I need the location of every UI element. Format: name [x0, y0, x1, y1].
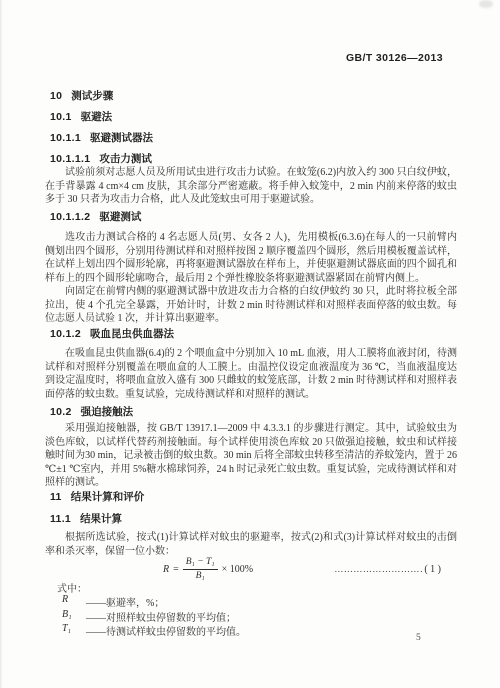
heading-title: 强迫接触法	[81, 406, 134, 418]
fraction-denominator: B₁	[196, 570, 205, 582]
symbol: R	[62, 594, 86, 609]
paragraph-forced-contact: 采用强迫接触器，按 GB/T 13917.1—2009 中 4.3.3.1 的步…	[45, 422, 457, 490]
equation-1: R = B₁ − T₁ B₁ × 100% ……………………………… ( 1 )	[45, 556, 457, 582]
heading-11-1: 11.1结果计算	[50, 513, 455, 525]
heading-title: 攻击力测试	[99, 153, 152, 165]
equation-number: ( 1 )	[424, 564, 441, 575]
paragraph-calc-intro: 根据所选试验，按式(1)计算试样对蚊虫的驱避率，按式(2)和式(3)计算试样对蚊…	[45, 531, 457, 558]
heading-10-1-1: 10.1.1驱避测试器法	[50, 132, 455, 144]
heading-number: 10.1.1	[50, 132, 81, 144]
heading-title: 结果计算	[80, 513, 122, 525]
heading-number: 10.1.1.2	[50, 211, 90, 223]
equals-sign: =	[173, 564, 179, 575]
dot-leader: ………………………………	[334, 564, 422, 574]
where-label: 式中：	[57, 580, 87, 595]
heading-11: 11结果计算和评价	[50, 491, 455, 503]
symbol-description: ——驱避率，%；	[86, 594, 164, 609]
paragraph-blood-feeder: 在吸血昆虫供血器(6.4)的 2 个喂血盒中分别加入 10 mL 血液，用人工膜…	[45, 347, 457, 401]
fraction: B₁ − T₁ B₁	[183, 557, 218, 582]
paragraph-repel-test-2: 向固定在前臂内侧的驱避测试器中放进攻击力合格的白纹伊蚊约 30 只，此时将拉板全…	[45, 285, 457, 326]
formula-multiplier: × 100%	[222, 564, 253, 575]
definition-row-T1: T₁ ——待测试样蚊虫停留数的平均值。	[62, 623, 455, 638]
heading-number: 10.2	[50, 406, 72, 418]
fraction-numerator: B₁ − T₁	[183, 557, 218, 570]
heading-number: 11	[50, 491, 62, 503]
symbol: B₁	[62, 609, 86, 624]
formula-lhs: R	[163, 564, 169, 575]
paragraph-repel-test-1: 选攻击力测试合格的 4 名志愿人员(男、女各 2 人)，先用模板(6.3.6)在…	[45, 231, 457, 285]
heading-10-1-2: 10.1.2吸血昆虫供血器法	[50, 328, 455, 340]
heading-10: 10测试步骤	[50, 90, 455, 102]
heading-10-1-1-1: 10.1.1.1攻击力测试	[50, 153, 455, 165]
heading-title: 驱避法	[81, 111, 113, 123]
heading-number: 10	[50, 90, 62, 102]
heading-title: 测试步骤	[71, 90, 113, 102]
heading-10-2: 10.2强迫接触法	[50, 406, 455, 418]
scan-smudge	[479, 0, 493, 8]
standard-code: GB/T 30126—2013	[346, 52, 443, 64]
symbol-description: ——对照样蚊虫停留数的平均值；	[86, 609, 236, 624]
symbol-description: ——待测试样蚊虫停留数的平均值。	[86, 623, 246, 638]
definition-row-R: R ——驱避率，%；	[62, 594, 455, 609]
heading-title: 吸血昆虫供血器法	[90, 328, 174, 340]
heading-title: 驱避测试器法	[90, 132, 153, 144]
heading-number: 10.1.1.1	[50, 153, 90, 165]
heading-number: 11.1	[50, 513, 71, 525]
heading-10-1: 10.1驱避法	[50, 111, 455, 123]
heading-title: 驱避测试	[99, 211, 141, 223]
heading-number: 10.1	[50, 111, 72, 123]
formula-repellency: R = B₁ − T₁ B₁ × 100%	[163, 557, 253, 582]
paragraph-attack-test: 试验前须对志愿人员及所用试虫进行攻击力试验。在蚊笼(6.2)内放入约 300 只…	[45, 166, 457, 207]
heading-title: 结果计算和评价	[71, 491, 145, 503]
page-number: 5	[416, 633, 421, 643]
heading-10-1-1-2: 10.1.1.2驱避测试	[50, 211, 455, 223]
symbol: T₁	[62, 623, 86, 638]
scan-edge-shadow	[0, 0, 3, 688]
definition-row-B1: B₁ ——对照样蚊虫停留数的平均值；	[62, 609, 455, 624]
heading-number: 10.1.2	[50, 328, 81, 340]
